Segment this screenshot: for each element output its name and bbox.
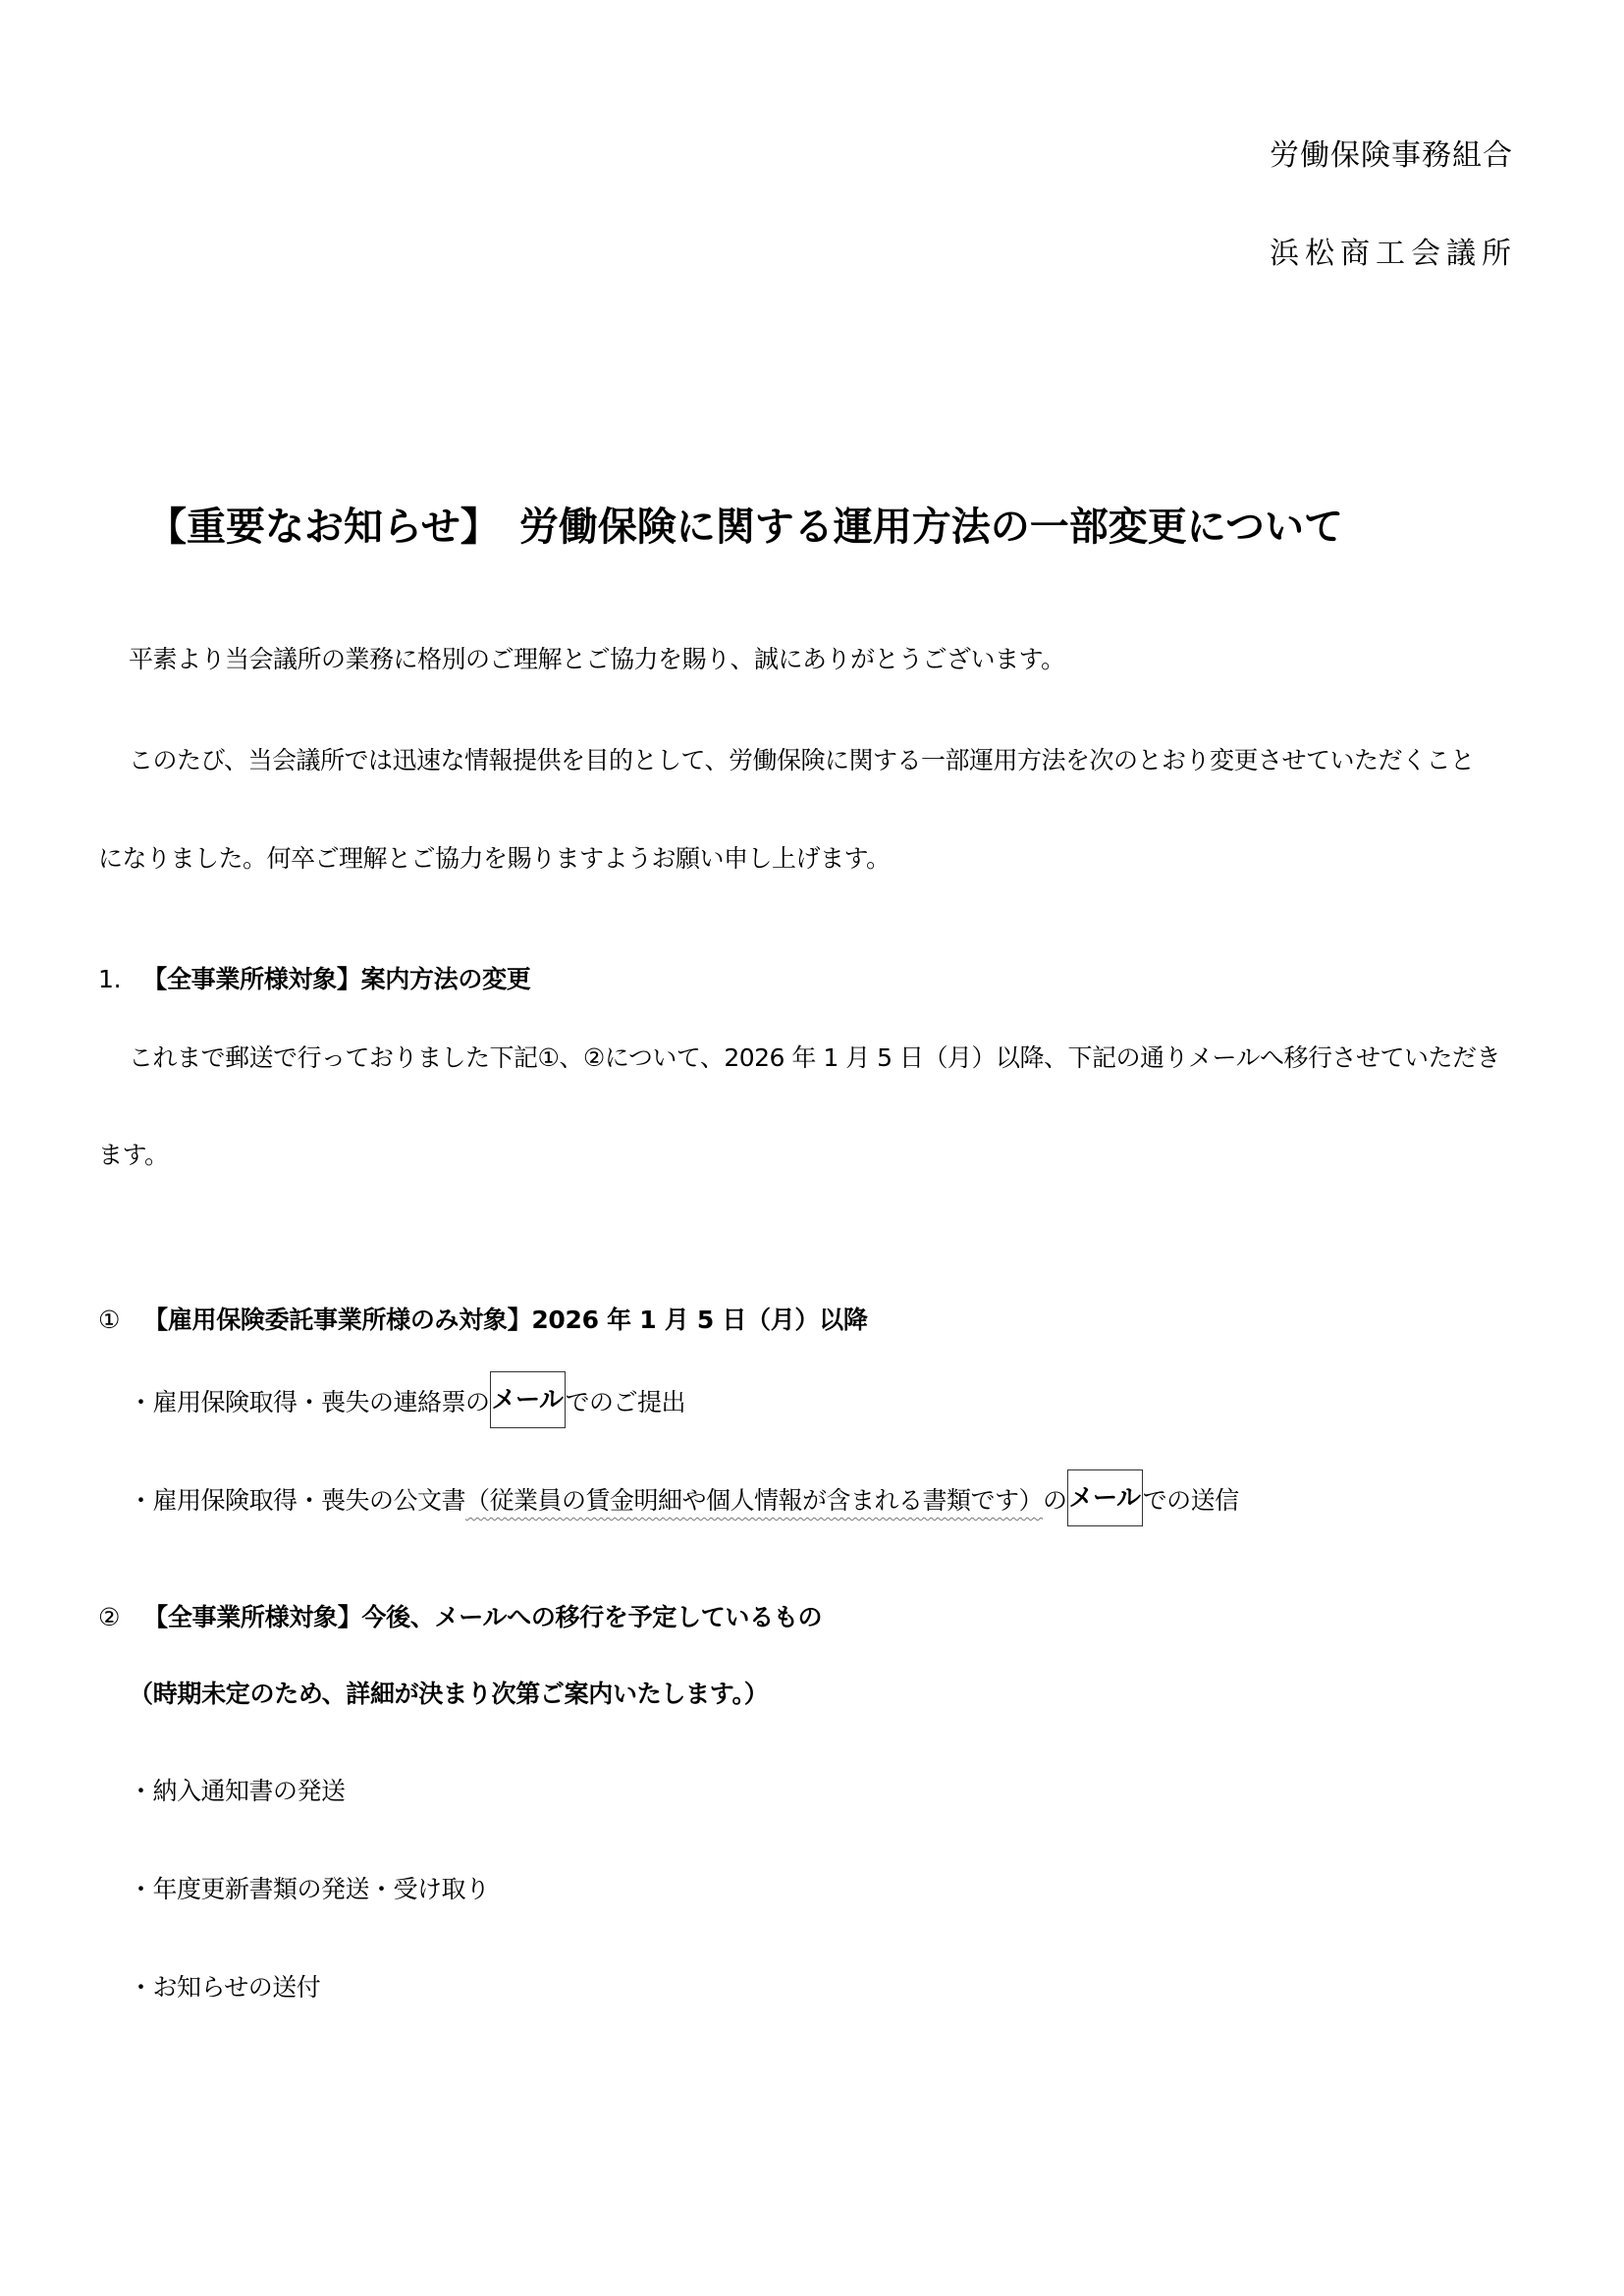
mail-highlight-box: メール: [490, 1371, 566, 1428]
item-1-bullet-2-middle: の: [1043, 1486, 1067, 1515]
mail-highlight-box: メール: [1067, 1469, 1143, 1526]
item-2-note: （時期未定のため、詳細が決まり次第ご案内いたします。）: [129, 1675, 768, 1710]
section-1-heading: 1.【全事業所様対象】案内方法の変更: [98, 960, 530, 995]
sender-organization-1: 労働保険事務組合: [1270, 131, 1513, 174]
item-1-bullet-2-suffix: での送信: [1143, 1486, 1239, 1515]
section-1-body-line-2: ます。: [98, 1136, 169, 1171]
item-2-bullet-3: ・お知らせの送付: [129, 1968, 320, 2003]
item-1-bullet-1-suffix: でのご提出: [566, 1388, 686, 1416]
item-2-title: 【全事業所様対象】今後、メールへの移行を予定しているもの: [143, 1603, 822, 1631]
document-title: 【重要なお知らせ】 労働保険に関する運用方法の一部変更について: [147, 496, 1343, 552]
item-1-bullet-1: ・雇用保険取得・喪失の連絡票のメールでのご提出: [129, 1379, 685, 1428]
item-2-heading: ②【全事業所様対象】今後、メールへの移行を予定しているもの: [98, 1598, 822, 1633]
sender-organization-2: 浜松商工会議所: [1270, 229, 1517, 272]
item-1-marker: ①: [98, 1306, 120, 1334]
item-1-heading: ①【雇用保険委託事業所様のみ対象】2026 年 1 月 5 日（月）以降: [98, 1301, 868, 1336]
intro-paragraph-2-line-1: このたび、当会議所では迅速な情報提供を目的として、労働保険に関する一部運用方法を…: [129, 741, 1475, 776]
section-1-number: 1.: [98, 965, 121, 993]
item-1-bullet-2: ・雇用保険取得・喪失の公文書（従業員の賃金明細や個人情報が含まれる書類です）のメ…: [129, 1477, 1239, 1526]
item-1-bullet-1-prefix: ・雇用保険取得・喪失の連絡票の: [129, 1388, 490, 1416]
item-2-marker: ②: [98, 1603, 120, 1631]
item-1-title: 【雇用保険委託事業所様のみ対象】2026 年 1 月 5 日（月）以降: [143, 1306, 867, 1334]
section-1-title: 【全事業所様対象】案内方法の変更: [142, 965, 530, 993]
item-2-bullet-2: ・年度更新書類の発送・受け取り: [129, 1870, 490, 1905]
intro-paragraph-2-line-2: になりました。何卒ご理解とご協力を賜りますようお願い申し上げます。: [98, 839, 891, 875]
item-2-bullet-1: ・納入通知書の発送: [129, 1772, 346, 1807]
section-1-body-line-1: これまで郵送で行っておりました下記①、②について、2026 年 1 月 5 日（…: [129, 1039, 1500, 1074]
item-1-bullet-2-prefix: ・雇用保険取得・喪失の公文書: [129, 1486, 465, 1515]
item-1-bullet-2-note: （従業員の賃金明細や個人情報が含まれる書類です）: [465, 1486, 1043, 1515]
intro-paragraph-1: 平素より当会議所の業務に格別のご理解とご協力を賜り、誠にありがとうございます。: [129, 640, 1065, 675]
